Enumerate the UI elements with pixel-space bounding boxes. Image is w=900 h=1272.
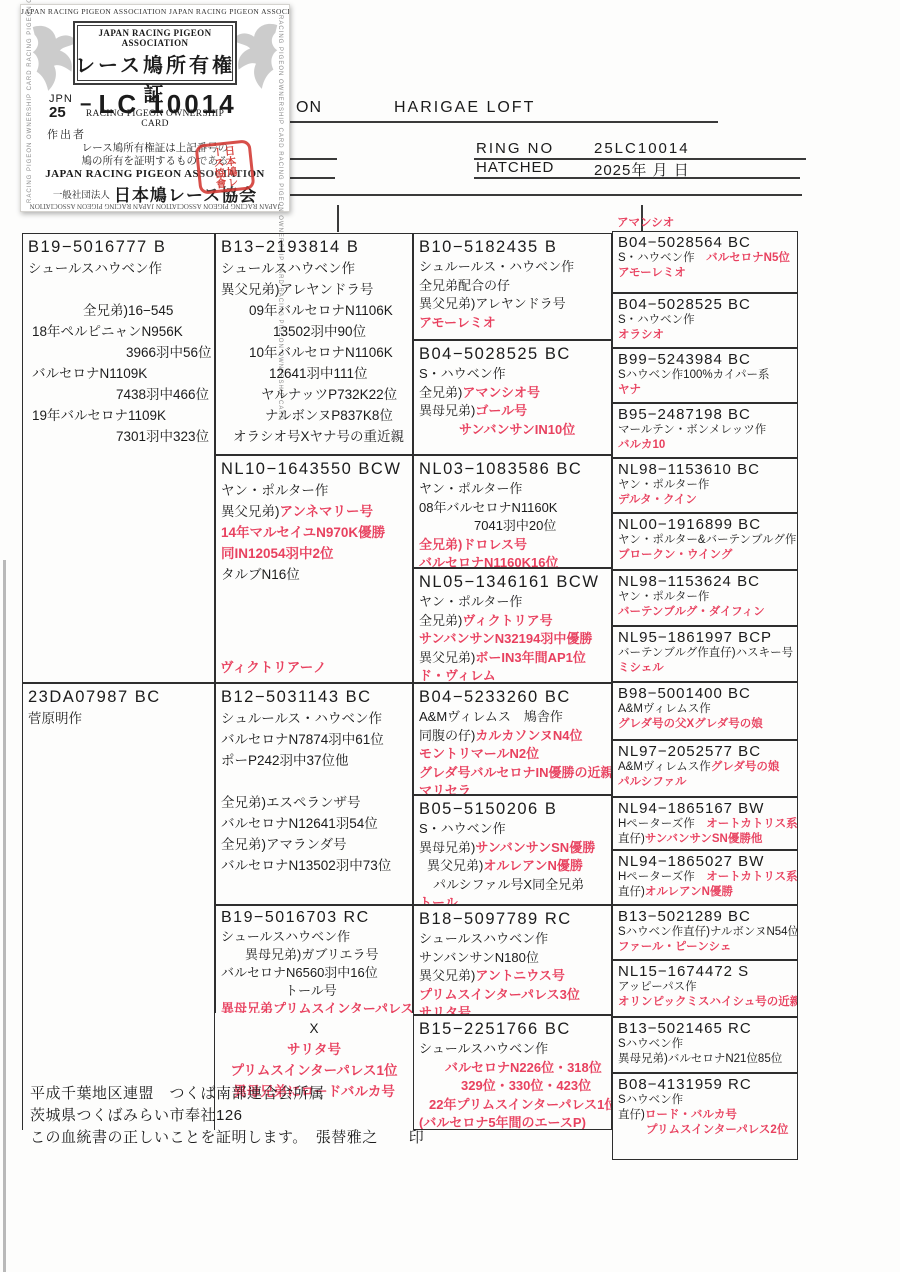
gg-cell-2: B04−5028525 BCS・ハウベン作全兄弟)アマンシオ号異母兄弟)ゴール号… — [413, 340, 612, 455]
pedigree-line: 菅原明作 — [28, 708, 209, 729]
pedigree-line: トール — [419, 894, 606, 905]
pedigree-line: 直仔)ロード・バルカ号 — [618, 1108, 792, 1123]
pedigree-line: ミシェル — [618, 661, 792, 676]
pedigree-line: NL05−1346161 BCW — [419, 571, 606, 593]
pedigree-line: B98−5001400 BC — [618, 685, 792, 702]
pedigree-line: 同腹の仔)カルカソンヌN4位 — [419, 727, 606, 746]
pedigree-line: ヤン・ポルター作 — [618, 590, 792, 605]
pedigree-line: シュールスハウベン作 — [419, 1040, 606, 1059]
pedigree-line: グレダ号の父Xグレダ号の娘 — [618, 717, 792, 732]
pedigree-line: NL98−1153624 BC — [618, 573, 792, 590]
ggg-cell-1: B04−5028564 BCS・ハウベン作 バルセロナN5位アモーレミオ — [612, 231, 798, 293]
pedigree-line: プリムスインターパレス3位 — [419, 986, 606, 1005]
pedigree-line: 直仔)サンバンサンSN優勝他 — [618, 832, 792, 847]
pedigree-line: アマンシオ — [617, 216, 793, 231]
pedigree-line: B04−5233260 BC — [419, 686, 606, 708]
pedigree-line: シュルールス・ハウベン作 — [419, 258, 606, 277]
ggg-cell-14: NL15−1674472 Sアッピーパス作オリンピックミスハイシュ号の近親 — [612, 960, 798, 1017]
pedigree-line: トール号 — [221, 982, 407, 1000]
pedigree-line: B04−5028525 BC — [419, 343, 606, 365]
ownership-card: JAPAN RACING PIGEON ASSOCIATION JAPAN RA… — [20, 4, 290, 212]
pedigree-line: バルセロナN1160K16位 — [419, 554, 606, 568]
pedigree-line: プリムスインターパレス1位 — [220, 1060, 408, 1081]
pedigree-line: サンバンサンN32194羽中優勝 — [419, 630, 606, 649]
ggg-cell-10: NL97−2052577 BCA&Mヴィレムス作グレダ号の娘パルシファル — [612, 740, 798, 797]
pedigree-line: 全兄弟)ドロレス号 — [419, 536, 606, 555]
pedigree-line: NL95−1861997 BCP — [618, 629, 792, 646]
pedigree-line: NL94−1865027 BW — [618, 853, 792, 870]
pedigree-line: 13502羽中90位 — [221, 321, 407, 342]
association-name-partial: ON — [296, 99, 322, 117]
ggg-cell-2: B04−5028525 BCS・ハウベン作オラシオ — [612, 293, 798, 348]
pedigree-line: シュールスハウベン作 — [221, 258, 407, 279]
header-rule — [283, 121, 718, 123]
gg-cell-3: NL03−1083586 BCヤン・ポルター作08年バルセロナN1160K704… — [413, 455, 612, 568]
pedigree-line: 異父兄弟)オルレアンN優勝 — [419, 857, 606, 876]
loft-name: HARIGAE LOFT — [394, 99, 535, 117]
pedigree-line: サリタ号 — [220, 1039, 408, 1060]
ring-series-number: LC 10014 — [98, 89, 236, 120]
pedigree-line: 異母兄弟)ガブリエラ号 — [221, 946, 407, 964]
pedigree-line: S・ハウベン作 — [419, 365, 606, 384]
pedigree-line: B13−5021465 RC — [618, 1020, 792, 1037]
pedigree-line: 09年バルセロナN1106K — [221, 300, 407, 321]
ggg-cell-11: NL94−1865167 BWHペーターズ作 オートカトリス系直仔)サンバンサン… — [612, 797, 798, 850]
pedigree-document-page: ON HARIGAE LOFT RING NO 25LC10014 HATCHE… — [0, 0, 900, 1272]
gg-cell-7: B18−5097789 RCシュールスハウベン作サンバンサンN180位異父兄弟)… — [413, 905, 612, 1015]
pedigree-line: ファール・ピーンシェ — [618, 940, 792, 955]
ggg-cell-4: B95−2487198 BCマールテン・ボンメレッツ作バルカ10 — [612, 403, 798, 458]
gg-cell-1: B10−5182435 Bシュルールス・ハウベン作全兄弟配合の仔異父兄弟)アレヤ… — [413, 233, 612, 340]
pedigree-line: 同IN12054羽中2位 — [221, 543, 407, 564]
pedigree-line: NL03−1083586 BC — [419, 458, 606, 480]
ring-dash: − — [80, 94, 92, 120]
pedigree-line: NL15−1674472 S — [618, 963, 792, 980]
gg-cell-8: B15−2251766 BCシュールスハウベン作バルセロナN226位・318位3… — [413, 1015, 612, 1130]
pedigree-line: Hペーターズ作 オートカトリス系 — [618, 870, 792, 885]
pedigree-line: ヤナ — [618, 383, 792, 398]
pedigree-line: アッピーパス作 — [618, 980, 792, 995]
breeder-label: 作出者 — [47, 126, 86, 142]
pedigree-line: NL97−2052577 BC — [618, 743, 792, 760]
pedigree-line: NL98−1153610 BC — [618, 461, 792, 478]
pedigree-line: 7301羽中323位 — [28, 426, 209, 447]
pedigree-line: バルセロナN6560羽中16位 — [221, 964, 407, 982]
pedigree-line: B12−5031143 BC — [221, 686, 407, 708]
ggg-cell-3: B99−5243984 BCSハウベン作100%カイパー系ヤナ — [612, 348, 798, 403]
dam-sire-cell: B12−5031143 BCシュルールス・ハウベン作バルセロナN7874羽中61… — [215, 683, 413, 905]
pedigree-line: Sハウベン作 — [618, 1037, 792, 1052]
pedigree-line: バルセロナN13502羽中73位 — [221, 855, 407, 876]
pedigree-line: 19年バルセロナ1109K — [28, 405, 209, 426]
ggg-cell-5: NL98−1153610 BCヤン・ポルター作デルタ・クイン — [612, 458, 798, 513]
pedigree-line: 3966羽中56位 — [28, 342, 209, 363]
pedigree-line: 全兄弟)アマンシオ号 — [419, 384, 606, 403]
pedigree-line: B15−2251766 BC — [419, 1018, 606, 1040]
pedigree-line: 全兄弟)エスペランザ号 — [221, 792, 407, 813]
hatched-underline — [474, 177, 800, 179]
ggg-cell-12: NL94−1865027 BWHペーターズ作 オートカトリス系直仔)オルレアンN… — [612, 850, 798, 905]
ggg-cell-9: B98−5001400 BCA&Mヴィレムス作グレダ号の父Xグレダ号の娘 — [612, 682, 798, 740]
pedigree-line: ド・ヴィレム — [419, 667, 606, 683]
pedigree-line: アモーレミオ — [618, 266, 792, 281]
pedigree-line: B08−4131959 RC — [618, 1076, 792, 1093]
pedigree-line: パルシファル — [618, 775, 792, 790]
pedigree-line: B99−5243984 BC — [618, 351, 792, 368]
pedigree-line: 異父兄弟)アレヤンドラ号 — [419, 295, 606, 314]
pedigree-line: 22年プリムスインターパレス1位 — [419, 1096, 606, 1115]
name-label-amancio: アマンシオ — [612, 214, 798, 231]
pedigree-line: 7041羽中20位 — [419, 517, 606, 536]
pedigree-line: A&Mヴィレムス 鳩舎作 — [419, 708, 606, 727]
pedigree-line: ヤン・ポルター作 — [618, 478, 792, 493]
ring-year: 25 — [49, 105, 73, 120]
ggg-cell-16: B08−4131959 RCSハウベン作直仔)ロード・バルカ号プリムスインターパ… — [612, 1073, 798, 1160]
ggg-cell-8: NL95−1861997 BCPバーテンブルグ作直仔)ハスキー号ミシェル — [612, 626, 798, 682]
pedigree-line: B04−5028525 BC — [618, 296, 792, 313]
ggg-cell-6: NL00−1916899 BCヤン・ポルター&バーテンブルグ作ブロークン・ウイン… — [612, 513, 798, 570]
card-title-frame: JAPAN RACING PIGEON ASSOCIATION レース鳩所有権証… — [73, 21, 237, 85]
pedigree-line: バルセロナN12641羽54位 — [221, 813, 407, 834]
pedigree-line: グレダ号バルセロナIN優勝の近親 — [419, 764, 606, 783]
pedigree-line: 08年バルセロナN1160K — [419, 499, 606, 518]
pedigree-line: S・ハウベン作 バルセロナN5位 — [618, 251, 792, 266]
pedigree-line: 異父兄弟)アレヤンドラ号 — [221, 279, 407, 300]
pedigree-line: タルブN16位 — [221, 564, 407, 585]
gg-cell-5: B04−5233260 BCA&Mヴィレムス 鳩舎作同腹の仔)カルカソンヌN4位… — [413, 683, 612, 795]
pedigree-line: 異母兄弟)サンバンサンSN優勝 — [419, 839, 606, 858]
pedigree-line: B95−2487198 BC — [618, 406, 792, 423]
pedigree-line: 23DA07987 BC — [28, 686, 209, 708]
pedigree-line: B18−5097789 RC — [419, 908, 606, 930]
pedigree-line: ヴィクトリアーノ — [220, 657, 408, 675]
gg-cell-4: NL05−1346161 BCWヤン・ポルター作全兄弟)ヴィクトリア号サンバンサ… — [413, 568, 612, 683]
pedigree-line — [28, 279, 209, 300]
pedigree-line: 18年ペルピニャンN956K — [28, 321, 209, 342]
pedigree-line: 異父兄弟)ボーIN3年間AP1位 — [419, 649, 606, 668]
breeder-address: 茨城県つくばみらい市奉社126 — [30, 1104, 243, 1125]
sire-dam-cell: NL10−1643550 BCWヤン・ポルター作異父兄弟)アンネマリー号14年マ… — [215, 455, 413, 683]
pedigree-line: 異父兄弟)アントニウス号 — [419, 967, 606, 986]
pedigree-line: オリンピックミスハイシュ号の近親 — [618, 995, 792, 1010]
ring-country-year: JPN 25 — [49, 94, 73, 120]
pedigree-line: B13−5021289 BC — [618, 908, 792, 925]
ggg-cell-7: NL98−1153624 BCヤン・ポルター作バーテンブルグ・ダイフィン — [612, 570, 798, 626]
header-bottom-rule — [283, 194, 802, 196]
club-affiliation: 平成千葉地区連盟 つくば南部連合会所属 — [30, 1082, 325, 1103]
pedigree-line: バルセロナN226位・318位 — [419, 1059, 606, 1078]
sire-sire-cell: B13−2193814 Bシュールスハウベン作異父兄弟)アレヤンドラ号09年バル… — [215, 233, 413, 455]
hatched-label: HATCHED — [476, 159, 554, 176]
pedigree-line: 12641羽中111位 — [221, 363, 407, 384]
pedigree-line: 10年バルセロナN1106K — [221, 342, 407, 363]
pedigree-line: サンバンサンIN10位 — [419, 421, 606, 440]
card-ring-number: JPN 25 − LC 10014 — [49, 89, 237, 120]
pedigree-line: 7438羽中466位 — [28, 384, 209, 405]
pedigree-line: ヤン・ポルター作 — [419, 480, 606, 499]
field-divider-tick — [337, 205, 339, 232]
pedigree-line: シュールスハウベン作 — [221, 928, 407, 946]
pedigree-line: B19−5016777 B — [28, 236, 209, 258]
pedigree-line: デルタ・クイン — [618, 493, 792, 508]
ggg-cell-13: B13−5021289 BCSハウベン作直仔)ナルボンヌN54位ファール・ピーン… — [612, 905, 798, 960]
pedigree-line: 全兄弟)アマランダ号 — [221, 834, 407, 855]
pedigree-line: 異母兄弟)バルセロナN21位85位 — [618, 1052, 792, 1067]
pedigree-line: A&Mヴィレムス作グレダ号の娘 — [618, 760, 792, 775]
pedigree-line: マリセラ — [419, 782, 606, 795]
pedigree-line: Sハウベン作100%カイパー系 — [618, 368, 792, 383]
pedigree-line: NL94−1865167 BW — [618, 800, 792, 817]
card-association-en: JAPAN RACING PIGEON ASSOCIATION — [75, 28, 235, 48]
pedigree-line: オラシオ号Xヤナ号の重近親 — [221, 426, 407, 447]
ggg-cell-15: B13−5021465 RCSハウベン作異母兄弟)バルセロナN21位85位 — [612, 1017, 798, 1073]
scan-edge-artifact — [3, 560, 6, 1272]
pedigree-line: 全兄弟)ヴィクトリア号 — [419, 612, 606, 631]
card-border-text-bottom: JAPAN RACING PIGEON ASSOCIATION JAPAN RA… — [21, 202, 289, 210]
pedigree-line: B05−5150206 B — [419, 798, 606, 820]
pedigree-line: NL00−1916899 BC — [618, 516, 792, 533]
sire-cell: B19−5016777 Bシュールスハウベン作 全兄弟)16−54518年ペルピ… — [22, 233, 215, 683]
pedigree-line: X — [220, 1018, 408, 1039]
pedigree-line: シュルールス・ハウベン作 — [221, 708, 407, 729]
pedigree-line: アモーレミオ — [419, 314, 606, 333]
pedigree-line: プリムスインターパレス2位 — [618, 1123, 792, 1138]
pedigree-line: バーテンブルグ作直仔)ハスキー号 — [618, 646, 792, 661]
pedigree-line: 14年マルセイユN970K優勝 — [221, 522, 407, 543]
pedigree-line: B19−5016703 RC — [221, 908, 407, 928]
pedigree-line: ヤン・ポルター作 — [221, 480, 407, 501]
pedigree-line — [221, 771, 407, 792]
pedigree-line: サンバンサンN180位 — [419, 949, 606, 968]
pedigree-line: ブロークン・ウイング — [618, 548, 792, 563]
pedigree-line: バルセロナN7874羽中61位 — [221, 729, 407, 750]
pedigree-line: Sハウベン作直仔)ナルボンヌN54位 — [618, 925, 792, 940]
pedigree-line: (バルセロナ5年間のエースP) — [419, 1114, 606, 1130]
pedigree-line: ナルボンヌP837K8位 — [221, 405, 407, 426]
seal-text: 日本鳩レース協會 — [211, 145, 239, 189]
pedigree-line: 直仔)オルレアンN優勝 — [618, 885, 792, 900]
dam-dam-cell: B19−5016703 RCシュールスハウベン作異母兄弟)ガブリエラ号バルセロナ… — [215, 905, 413, 1013]
pedigree-line: 異母兄弟プリムスインターパレス3位 — [221, 1000, 407, 1013]
pedigree-line: サリタ号 — [419, 1004, 606, 1015]
ring-no-label: RING NO — [476, 140, 554, 157]
gg-cell-6: B05−5150206 BS・ハウベン作異母兄弟)サンバンサンSN優勝異父兄弟)… — [413, 795, 612, 905]
ring-no-value: 25LC10014 — [594, 140, 690, 157]
pedigree-line: 全兄弟)16−545 — [28, 300, 209, 321]
pedigree-line: Sハウベン作 — [618, 1093, 792, 1108]
pedigree-line: モントリマールN2位 — [419, 745, 606, 764]
pedigree-line: シュールスハウベン作 — [419, 930, 606, 949]
pedigree-line: 異父兄弟)アンネマリー号 — [221, 501, 407, 522]
card-border-text-top: JAPAN RACING PIGEON ASSOCIATION JAPAN RA… — [21, 7, 289, 16]
pedigree-line: A&Mヴィレムス作 — [618, 702, 792, 717]
pedigree-line: 329位・330位・423位 — [419, 1077, 606, 1096]
pedigree-line: バルセロナN1109K — [28, 363, 209, 384]
pedigree-line: ポーP242羽中37位他 — [221, 750, 407, 771]
dam-cell: 23DA07987 BC菅原明作 — [22, 683, 215, 1130]
pedigree-line: 全兄弟配合の仔 — [419, 277, 606, 296]
certification-statement: この血統書の正しいことを証明します。 張替雅之 印 — [30, 1126, 424, 1147]
pedigree-line: オラシオ — [618, 328, 792, 343]
pedigree-line: バルカ10 — [618, 438, 792, 453]
association-seal: 日本鳩レース協會 — [195, 139, 256, 195]
pedigree-line: NL10−1643550 BCW — [221, 458, 407, 480]
pedigree-line: ヤン・ポルター作 — [419, 593, 606, 612]
pedigree-line: Hペーターズ作 オートカトリス系 — [618, 817, 792, 832]
pedigree-line: マールテン・ボンメレッツ作 — [618, 423, 792, 438]
pedigree-line: S・ハウベン作 — [419, 820, 606, 839]
pedigree-line: パルシファル号X同全兄弟 — [419, 876, 606, 895]
name-label-victoriano: ヴィクトリアーノ — [215, 655, 413, 675]
pedigree-line: シュールスハウベン作 — [28, 258, 209, 279]
pedigree-line: ヤルナッツP732K22位 — [221, 384, 407, 405]
pedigree-line: S・ハウベン作 — [618, 313, 792, 328]
org-type-label: 一般社団法人 — [53, 190, 110, 201]
pedigree-line: ヤン・ポルター&バーテンブルグ作 — [618, 533, 792, 548]
pedigree-line: 異母兄弟)ゴール号 — [419, 402, 606, 421]
pedigree-line: B13−2193814 B — [221, 236, 407, 258]
pedigree-line: B10−5182435 B — [419, 236, 606, 258]
pedigree-line: B04−5028564 BC — [618, 234, 792, 251]
pedigree-line: バーテンブルグ・ダイフィン — [618, 605, 792, 620]
